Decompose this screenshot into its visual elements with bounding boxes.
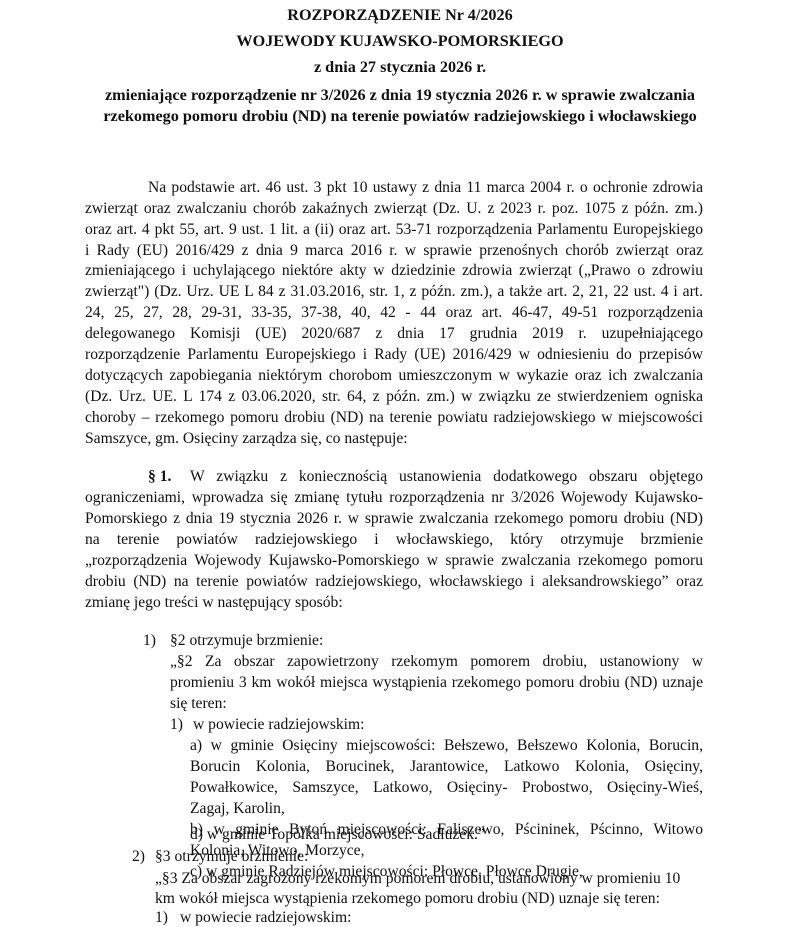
amendment-body-line: „§2 Za obszar zapowietrzony rzekomym pom…	[170, 652, 703, 671]
preamble-line: zmieniającego i uchylającego niektóre ak…	[85, 261, 703, 280]
preamble-line: oraz art. 4 pkt 55, art. 9 ust. 1 lit. a…	[85, 220, 703, 239]
preamble-line: (Dz. Urz. UE. L 174 z 03.06.2020, str. 6…	[85, 387, 703, 406]
locality-list-line: d) w gminie Topólka miejscowości: Sadłuż…	[190, 825, 485, 844]
sub-item-title: w powiecie radziejowskim:	[193, 715, 364, 734]
locality-list-line: a) w gminie Osięciny miejscowości: Bełsz…	[190, 736, 703, 755]
preamble-line: zwierząt oraz zwalczaniu chorób zakaźnyc…	[85, 199, 703, 218]
document-date: z dnia 27 stycznia 2026 r.	[0, 58, 800, 77]
preamble-line: dotyczących zapobiegania niektórym choro…	[85, 366, 703, 385]
amendment-number: 1)	[143, 631, 156, 650]
section-line: „rozporządzenia Wojewody Kujawsko-Pomors…	[85, 551, 703, 570]
preamble-line: choroby – rzekomego pomoru drobiu (ND) n…	[85, 408, 703, 427]
section-line: na terenie powiatów radziejowskiego i wł…	[85, 530, 703, 549]
section-line: zmianę jego treści w następujący sposób:	[85, 593, 343, 612]
locality-list-line: Zagaj, Karolin,	[190, 799, 285, 818]
amendment-body-line: „§3 Za obszar zagrożony rzekomym pomorem…	[155, 869, 680, 888]
preamble-line: Samszyce, gm. Osięciny zarządza się, co …	[85, 429, 408, 448]
amendment-title: §2 otrzymuje brzmienie:	[170, 631, 323, 650]
preamble-line: i Rady (EU) 2016/429 z dnia 9 marca 2016…	[85, 241, 703, 260]
amendment-body-line: km wokół miejsca wystąpienia rzekomego p…	[155, 889, 660, 908]
sub-item-number: 1)	[155, 908, 168, 927]
document-issuer: WOJEWODY KUJAWSKO-POMORSKIEGO	[0, 32, 800, 51]
preamble-line: Na podstawie art. 46 ust. 3 pkt 10 ustaw…	[148, 178, 703, 197]
locality-list-line: Powałkowice, Samszyce, Latkowo, Osięciny…	[190, 778, 703, 797]
section-label: § 1.	[148, 468, 171, 485]
preamble-line: 24, 25, 27, 28, 29-31, 33-35, 37-38, 40,…	[85, 303, 703, 322]
section-line: drobiu (ND) na terenie powiatów radziejo…	[85, 572, 703, 591]
locality-list-line: Borucin Kolonia, Borucinek, Jarantowice,…	[190, 757, 703, 776]
amendment-body-line: się teren:	[170, 694, 227, 713]
preamble-line: delegowanego Komisji (UE) 2020/687 z dni…	[85, 324, 703, 343]
document-title: ROZPORZĄDZENIE Nr 4/2026	[0, 6, 800, 25]
sub-item-number: 1)	[170, 715, 183, 734]
preamble-line: rozporządzenie Parlamentu Europejskiego …	[85, 345, 703, 364]
sub-item-title: w powiecie radziejowskim:	[180, 908, 351, 927]
amendment-number: 2)	[132, 847, 145, 866]
section-line: W związku z koniecznością ustanowienia d…	[190, 467, 703, 486]
section-line: ograniczeniami, wprowadza się zmianę tyt…	[85, 488, 703, 507]
document-subject-line: zmieniające rozporządzenie nr 3/2026 z d…	[0, 86, 800, 105]
document-subject-line: rzekomego pomoru drobiu (ND) na terenie …	[0, 107, 800, 126]
preamble-line: zwierząt") (Dz. Urz. UE L 84 z 31.03.201…	[85, 282, 703, 301]
amendment-body-line: promieniu 3 km wokół miejsca wystąpienia…	[170, 673, 703, 692]
section-line: Pomorskiego z dnia 19 stycznia 2026 r. w…	[85, 509, 703, 528]
amendment-title: §3 otrzymuje brzmienie:	[155, 847, 308, 866]
